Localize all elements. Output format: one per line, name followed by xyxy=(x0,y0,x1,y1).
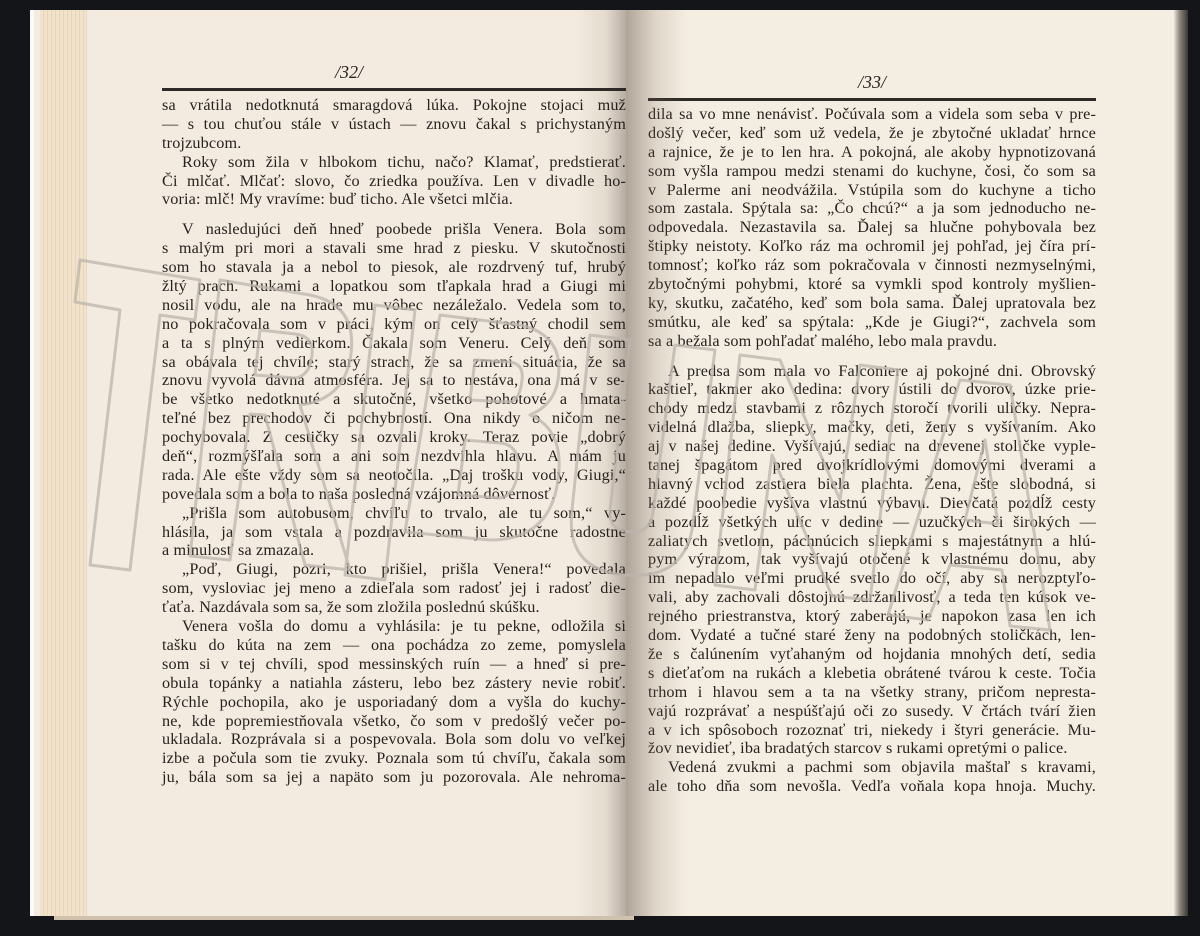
text-line: chody medzi stavbami z rôznych storočí t… xyxy=(648,399,1096,418)
text-line: Rýchle pochopila, ako je usporiadaný dom… xyxy=(162,693,626,712)
text-line: trhom i hlavou sem a ta na všetky strany… xyxy=(648,683,1096,702)
text-line: že s čalúnením vyťahaným od hojdania mno… xyxy=(648,645,1096,664)
text-line: sa obávala tej chvíle; starý strach, že … xyxy=(162,353,626,372)
text-line: no pokračovala som v práci, kým on celý … xyxy=(162,315,626,334)
text-line: dila sa vo mne nenávisť. Počúvala som a … xyxy=(648,105,1096,124)
text-line: došlý večer, keď som už vedela, že je zb… xyxy=(648,124,1096,143)
text-line: pochybovala. Z cestičky sa ozvali kroky.… xyxy=(162,428,626,447)
text-line: rejného priestranstva, ktorý zaberajú, j… xyxy=(648,607,1096,626)
text-line: Vedená zvukmi a pachmi som objavila mašt… xyxy=(648,758,1096,777)
text-line: be všetko nedotknuté a skutočné, všetko … xyxy=(162,390,626,409)
paragraph-gap xyxy=(162,209,626,220)
text-line: ne, kde popremiestňovala všetko, čo som … xyxy=(162,712,626,731)
text-line: s malým pri mori a stavali sme hrad z pi… xyxy=(162,239,626,258)
text-line: izbe a počula som tie zvuky. Poznala som… xyxy=(162,749,626,768)
text-line: smútku, ale keď sa spýtala: „Kde je Giug… xyxy=(648,313,1096,332)
text-line: odpovedala. Nezastavila sa. Ďalej sa hlu… xyxy=(648,218,1096,237)
left-page-text: sa vrátila nedotknutá smaragdová lúka. P… xyxy=(162,96,626,787)
left-page: /32/ sa vrátila nedotknutá smaragdová lú… xyxy=(30,10,626,916)
text-line: štipky neistoty. Koľko ráz ma ochromil j… xyxy=(648,237,1096,256)
page-edge-right xyxy=(1174,10,1188,916)
text-line: im nepadalo veľmi prudké svetlo do očí, … xyxy=(648,569,1096,588)
header-rule-right xyxy=(648,98,1096,101)
text-line: vali, aby zachovali dôstojnú zdržanlivos… xyxy=(648,588,1096,607)
text-line: hlásila, ja som vstala a pozdravila som … xyxy=(162,523,626,542)
page-number-left: /32/ xyxy=(249,62,449,83)
text-line: ukladala. Rozprávala si a pospevovala. B… xyxy=(162,730,626,749)
right-page: /33/ dila sa vo mne nenávisť. Počúvala s… xyxy=(626,10,1188,916)
text-line: a ta s plným vedierkom. Čakala som Vener… xyxy=(162,334,626,353)
text-line: V nasledujúci deň hneď poobede prišla Ve… xyxy=(162,220,626,239)
text-line: trojzubcom. xyxy=(162,134,626,153)
text-line: „Poď, Giugi, pozri, kto prišiel, prišla … xyxy=(162,560,626,579)
text-line: rada. Ale ešte vždy som sa neotočila. „D… xyxy=(162,466,626,485)
open-book: /32/ sa vrátila nedotknutá smaragdová lú… xyxy=(0,0,1200,936)
text-line: „Prišla som autobusom, chvíľu to trvalo,… xyxy=(162,504,626,523)
text-line: sa vrátila nedotknutá smaragdová lúka. P… xyxy=(162,96,626,115)
text-line: som ho stavala ja a nebol to piesok, ale… xyxy=(162,258,626,277)
text-line: kaštieľ, takmer ako dedina: dvory ústili… xyxy=(648,380,1096,399)
text-line: A predsa som mala vo Falconiere aj pokoj… xyxy=(648,362,1096,381)
text-line: som vyšla rampou medzi stenami do kuchyn… xyxy=(648,162,1096,181)
text-line: videlná dlažba, sliepky, mačky, deti, že… xyxy=(648,418,1096,437)
text-line: povedala som a bola to naša posledná vzá… xyxy=(162,485,626,504)
text-line: žltý prach. Rukami a lopatkou som tľapka… xyxy=(162,277,626,296)
text-line: voria: mlč! My vravíme: buď ticho. Ale v… xyxy=(162,190,626,209)
text-line: a pozdĺž všetkých ulíc v dedine — uzučký… xyxy=(648,513,1096,532)
paragraph-gap xyxy=(648,351,1096,362)
text-line: nosil vodu, ale na hrade mu vôbec nezále… xyxy=(162,296,626,315)
text-line: ale toho dňa som nevošla. Vedľa voňala k… xyxy=(648,777,1096,796)
text-line: ťaťa. Nazdávala som sa, že som zložila p… xyxy=(162,598,626,617)
text-line: Roky som žila v hlbokom tichu, načo? Kla… xyxy=(162,153,626,172)
right-page-text: dila sa vo mne nenávisť. Počúvala som a … xyxy=(648,105,1096,796)
text-line: deň“, rozmýšľala som a ani som nezdvihla… xyxy=(162,447,626,466)
text-line: každé poobedie vyšíva vlastnú výbavu. Di… xyxy=(648,494,1096,513)
text-line: som si v tej chvíli, spod messinských ru… xyxy=(162,655,626,674)
text-line: hlavný vchod zastiera biela plachta. Žen… xyxy=(648,475,1096,494)
header-rule-left xyxy=(162,88,630,91)
text-line: Či mlčať. Mlčať: slovo, čo zriedka použí… xyxy=(162,172,626,191)
text-line: ju, bála som sa jej a napäto som ju pozo… xyxy=(162,768,626,787)
page-stack-edges xyxy=(40,10,87,916)
text-line: dom. Vydaté a tučné staré ženy na podobn… xyxy=(648,626,1096,645)
text-line: a minulosť sa zmazala. xyxy=(162,541,626,560)
text-line: zaliatych svetlom, páchnúcich sliepkami … xyxy=(648,532,1096,551)
text-line: Venera vošla do domu a vyhlásila: je tu … xyxy=(162,617,626,636)
text-line: znovu vyvolá dávna atmosféra. Jej sa to … xyxy=(162,371,626,390)
text-line: tanej špagátom pred dvojkrídlovými domov… xyxy=(648,456,1096,475)
text-line: ky, skutku, začatého, keď som bola sama.… xyxy=(648,294,1096,313)
text-line: aj v našej dedine. Vyšívajú, sediac na d… xyxy=(648,437,1096,456)
gutter-shadow-right xyxy=(626,10,686,916)
text-line: obula topánky a natiahla zásteru, lebo b… xyxy=(162,674,626,693)
page-number-right: /33/ xyxy=(772,72,972,93)
text-line: žov nevidieť, iba bradatých starcov s ru… xyxy=(648,739,1096,758)
text-line: a v ich spôsoboch rozoznať tri, niekedy … xyxy=(648,721,1096,740)
text-line: s dieťaťom na rukách a klebetia obrátené… xyxy=(648,664,1096,683)
text-line: pym výrazom, tak vyšívajú otočené k vlas… xyxy=(648,550,1096,569)
text-line: zbytočnými pohybmi, ktoré sa vymkli spod… xyxy=(648,275,1096,294)
text-line: a rajnice, že je to len hra. A pokojná, … xyxy=(648,143,1096,162)
text-line: sa a bežala som pohľadať malého, lebo ma… xyxy=(648,332,1096,351)
page-bottom-edge xyxy=(54,916,634,920)
text-line: som zastala. Spýtala sa: „Čo chcú?“ a ja… xyxy=(648,199,1096,218)
text-line: teľné bez prechodov či pochybností. Ona … xyxy=(162,409,626,428)
text-line: tašku do kúta na zem — ona pochádza zo z… xyxy=(162,636,626,655)
text-line: v Palerme ani neodvážila. Vstúpila som d… xyxy=(648,181,1096,200)
text-line: vajú rozprávať a nespúšťajú oči zo sused… xyxy=(648,702,1096,721)
text-line: tomnosť; koľko ráz som pokračovala v čin… xyxy=(648,256,1096,275)
text-line: — s tou chuťou stále v ústach — znovu ča… xyxy=(162,115,626,134)
text-line: som, vysloviac jej meno a zdieľala som r… xyxy=(162,579,626,598)
